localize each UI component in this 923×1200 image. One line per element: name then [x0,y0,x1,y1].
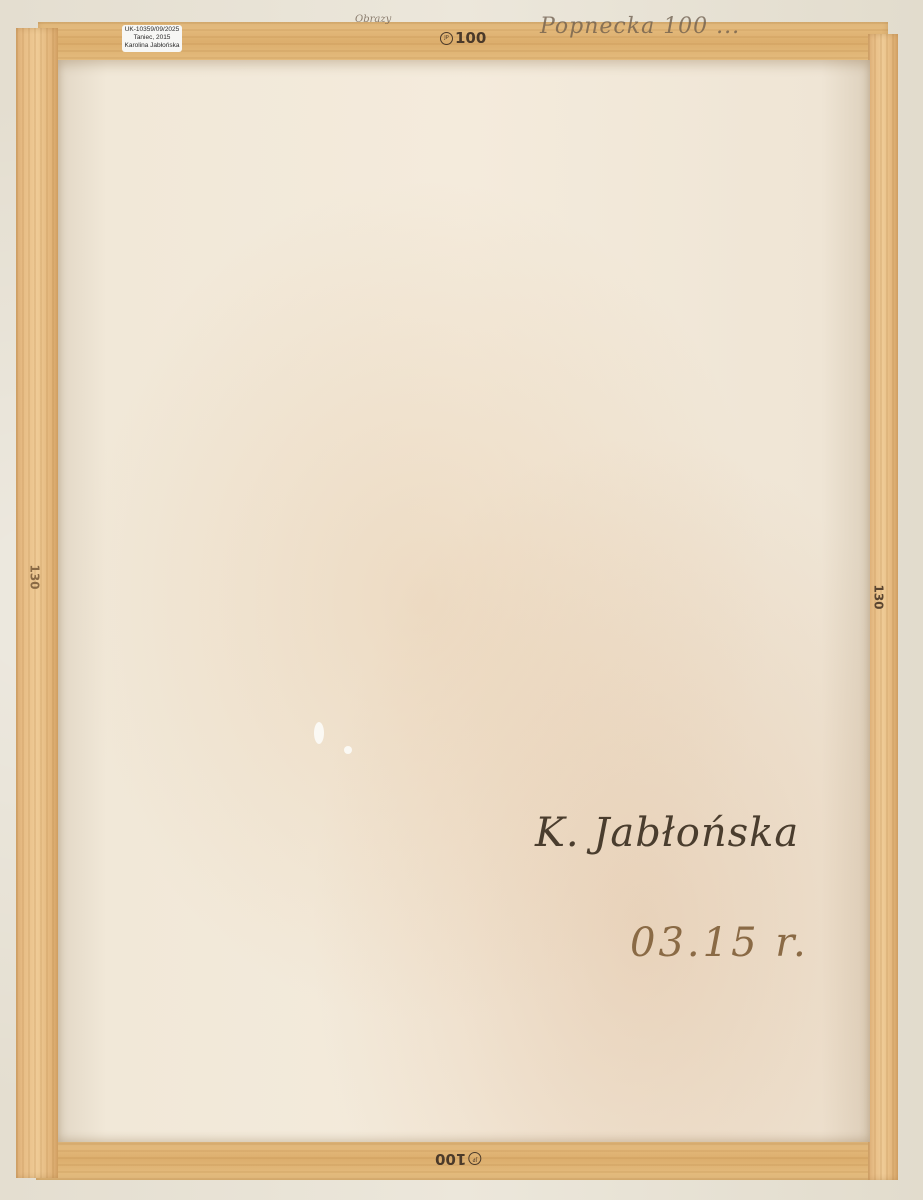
label-id: UK-10359/09/2025 [122,26,182,34]
pencil-note-top-left: Obrazy [355,14,391,26]
signature-date: 03.15 r. [630,920,809,966]
frame-stamp-left: 130 [28,564,42,589]
frame-stamp-top: JP100 [440,29,486,47]
paint-spot [344,746,352,754]
pencil-note-top-right: Popnecka 100 ... [540,14,740,39]
frame-stamp-bottom: JP100 [435,1150,481,1168]
label-title: Taniec, 2015 [122,34,182,42]
canvas-back-surface [58,60,870,1142]
label-artist: Karolina Jabłońska [122,42,182,50]
stamp-circle-icon: JP [440,32,453,45]
left-rail [16,28,58,1178]
stamp-circle-icon: JP [468,1152,481,1165]
artist-signature: K. Jabłońska [535,810,799,856]
frame-stamp-right: 130 [872,584,886,609]
paint-spot [314,722,324,744]
inventory-label: UK-10359/09/2025 Taniec, 2015 Karolina J… [122,25,182,52]
